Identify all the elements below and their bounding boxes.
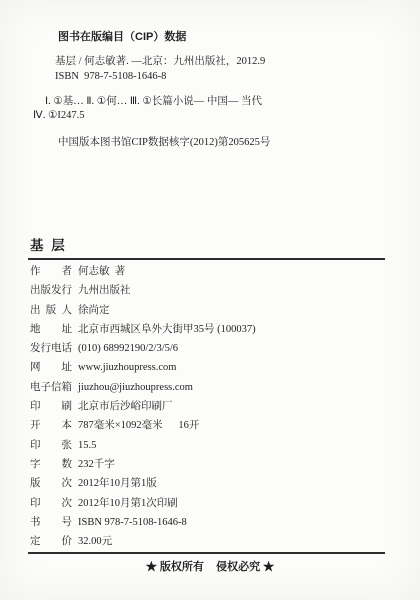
colophon-row: 定价32.00元: [30, 532, 395, 551]
divider-bottom: [28, 552, 385, 554]
row-value: 徐尚定: [78, 305, 110, 316]
colophon-row: 电子信箱jiuzhou@jiuzhoupress.com: [30, 378, 395, 397]
row-value: 232千字: [78, 459, 115, 470]
row-label: 作者: [30, 262, 72, 281]
row-label: 书号: [30, 513, 72, 532]
row-label: 电子信箱: [30, 378, 72, 397]
copyright-notice: ★ 版权所有 侵权必究 ★: [0, 558, 420, 574]
colophon-row: 书号ISBN 978-7-5108-1646-8: [30, 513, 395, 532]
row-label: 字数: [30, 455, 72, 474]
row-label: 开本: [30, 416, 72, 435]
colophon-row: 印刷北京市后沙峪印刷厂: [30, 397, 395, 416]
copyright-page: 图书在版编目（CIP）数据 基层 / 何志敏著. —北京：九州出版社，2012.…: [0, 0, 420, 600]
cip-classification-line2: Ⅳ. ①I247.5: [33, 109, 390, 123]
row-label: 版次: [30, 474, 72, 493]
row-value: ISBN 978-7-5108-1646-8: [78, 517, 187, 528]
row-value: 北京市西城区阜外大街甲35号 (100037): [78, 324, 256, 335]
row-label: 发行电话: [30, 339, 72, 358]
row-value: 九州出版社: [78, 285, 131, 296]
colophon-row: 出版发行九州出版社: [30, 281, 395, 300]
colophon-row: 地址北京市西城区阜外大街甲35号 (100037): [30, 320, 395, 339]
divider-top: [28, 258, 385, 260]
colophon-row: 发行电话(010) 68992190/2/3/5/6: [30, 339, 395, 358]
row-value: (010) 68992190/2/3/5/6: [78, 343, 178, 354]
cip-description: 基层 / 何志敏著. —北京：九州出版社，2012.9: [33, 55, 390, 70]
row-label: 定价: [30, 532, 72, 551]
row-value: jiuzhou@jiuzhoupress.com: [78, 382, 193, 393]
colophon-list: 作者何志敏 著 出版发行九州出版社 出版人徐尚定 地址北京市西城区阜外大街甲35…: [30, 262, 395, 551]
row-label: 出版人: [30, 301, 72, 320]
cip-heading: 图书在版编目（CIP）数据: [33, 30, 390, 44]
cip-classification-line1: Ⅰ. ①基… Ⅱ. ①何… Ⅲ. ①长篇小说— 中国— 当代: [33, 95, 390, 109]
row-label: 印次: [30, 494, 72, 513]
row-value: 32.00元: [78, 536, 112, 547]
cip-isbn: ISBN 978-7-5108-1646-8: [33, 70, 390, 85]
colophon-row: 印次2012年10月第1次印刷: [30, 494, 395, 513]
colophon-row: 网址www.jiuzhoupress.com: [30, 358, 395, 377]
row-label: 印刷: [30, 397, 72, 416]
row-label: 网址: [30, 358, 72, 377]
row-value: 787毫米×1092毫米 16开: [78, 420, 199, 431]
book-title: 基 层: [30, 234, 67, 254]
row-value: 何志敏 著: [78, 266, 125, 277]
row-label: 印张: [30, 436, 72, 455]
row-label: 地址: [30, 320, 72, 339]
colophon-row: 字数232千字: [30, 455, 395, 474]
row-label: 出版发行: [30, 281, 72, 300]
colophon-row: 印张15.5: [30, 436, 395, 455]
row-value: 15.5: [78, 440, 96, 451]
cip-registry-number: 中国版本图书馆CIP数据核字(2012)第205625号: [33, 136, 390, 150]
row-value: www.jiuzhoupress.com: [78, 362, 176, 373]
row-value: 北京市后沙峪印刷厂: [78, 401, 173, 412]
colophon-row: 版次2012年10月第1版: [30, 474, 395, 493]
cip-block: 图书在版编目（CIP）数据 基层 / 何志敏著. —北京：九州出版社，2012.…: [33, 30, 390, 150]
colophon-row: 作者何志敏 著: [30, 262, 395, 281]
colophon-row: 开本787毫米×1092毫米 16开: [30, 416, 395, 435]
colophon-row: 出版人徐尚定: [30, 301, 395, 320]
row-value: 2012年10月第1版: [78, 478, 157, 489]
row-value: 2012年10月第1次印刷: [78, 498, 178, 509]
